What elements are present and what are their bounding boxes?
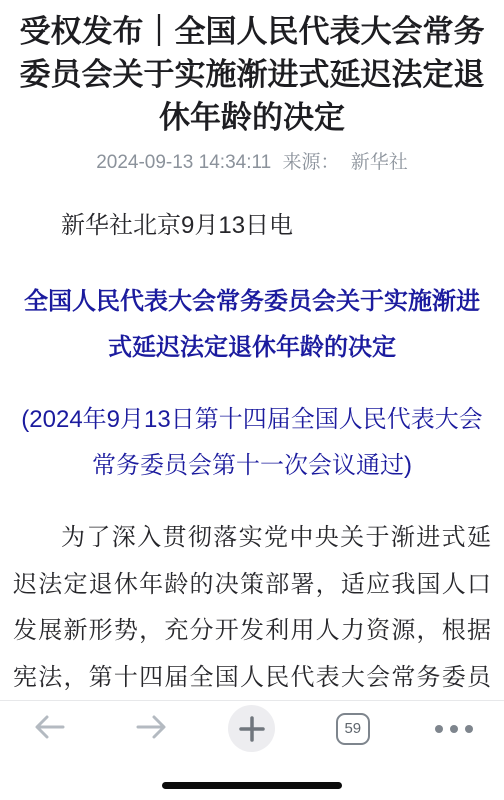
arrow-right-icon — [134, 714, 168, 743]
document-title: 全国人民代表大会常务委员会关于实施渐进式延迟法定退休年龄的决定 — [13, 279, 491, 371]
tab-count-icon: 59 — [336, 713, 370, 745]
article-content: 新华社北京9月13日电 全国人民代表大会常务委员会关于实施渐进式延迟法定退休年龄… — [13, 211, 491, 748]
plus-icon — [228, 705, 275, 752]
arrow-left-icon — [33, 714, 67, 743]
source-label: 来源： — [283, 152, 340, 173]
home-indicator[interactable] — [162, 782, 342, 789]
article-page: 受权发布｜全国人民代表大会常务委员会关于实施渐进式延迟法定退休年龄的决定 202… — [0, 0, 504, 800]
source-name: 新华社 — [351, 152, 408, 173]
article-title: 受权发布｜全国人民代表大会常务委员会关于实施渐进式延迟法定退休年龄的决定 — [13, 10, 491, 139]
back-button[interactable] — [20, 703, 80, 755]
article-meta: 2024-09-13 14:34:11 来源： 新华社 — [0, 151, 504, 175]
tab-count: 59 — [344, 720, 361, 737]
tabs-button[interactable]: 59 — [323, 703, 383, 755]
forward-button[interactable] — [121, 703, 181, 755]
ellipsis-icon — [435, 725, 473, 733]
new-tab-button[interactable] — [222, 703, 282, 755]
publish-time: 2024-09-13 14:34:11 — [96, 152, 271, 173]
dateline: 新华社北京9月13日电 — [13, 211, 491, 241]
more-options-button[interactable] — [424, 703, 484, 755]
browser-toolbar: 59 — [0, 700, 504, 756]
browser-bottom-bar: 59 — [0, 700, 504, 800]
document-passage-note: (2024年9月13日第十四届全国人民代表大会常务委员会第十一次会议通过) — [13, 397, 491, 489]
